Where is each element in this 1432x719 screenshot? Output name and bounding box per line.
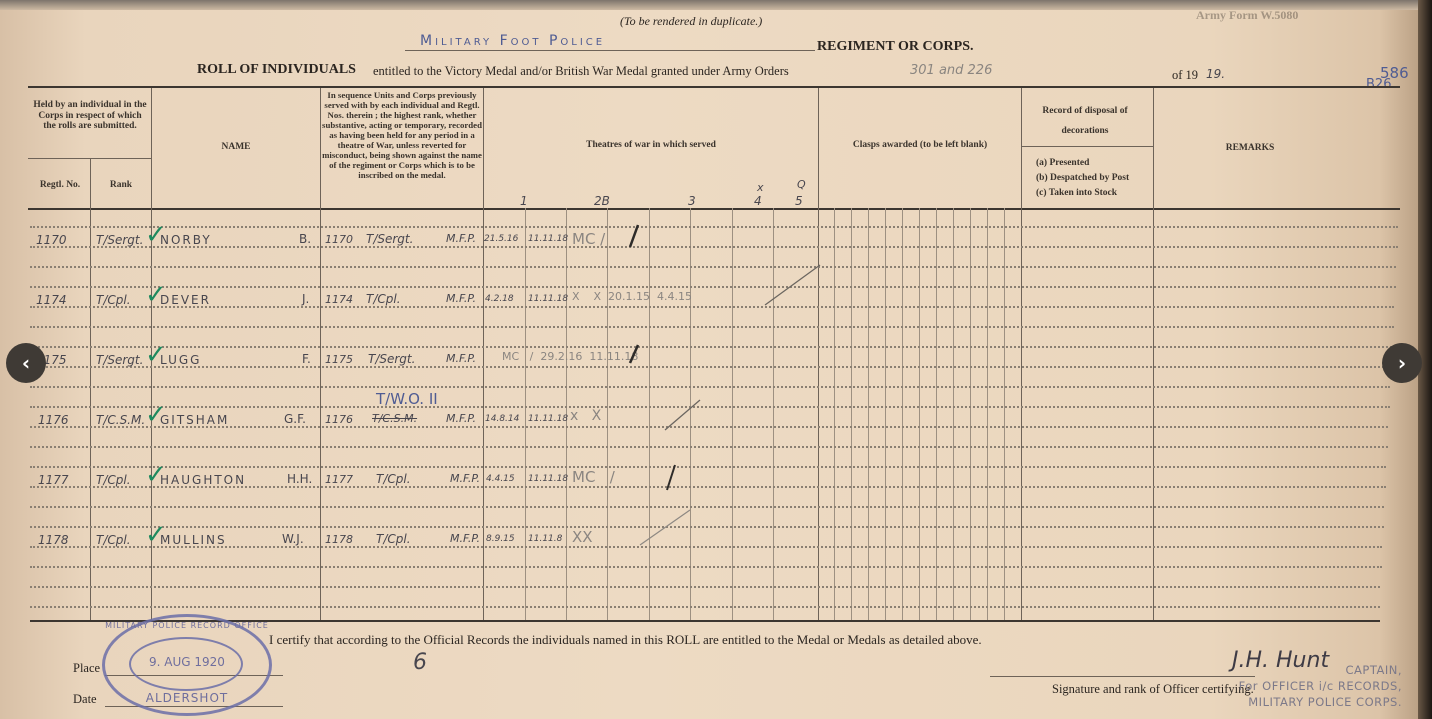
disposal-options: (a) Presented (b) Despatched by Post (c)… (1036, 156, 1129, 201)
form-ref: Army Form W.5080 (1196, 8, 1298, 23)
regtl-no: 1174 (36, 293, 67, 307)
initials: B. (299, 232, 311, 246)
unit: M.F.P. (446, 412, 476, 425)
roll-text: entitled to the Victory Medal and/or Bri… (373, 64, 789, 79)
theatre-col-5: 5 (795, 194, 803, 208)
col-divider (1153, 88, 1154, 620)
stamp-top-text: MILITARY POLICE RECORD OFFICE (105, 621, 269, 630)
stamp-date: 9. AUG 1920 (105, 655, 269, 669)
pencil-slashes (600, 215, 830, 555)
officer-stamp-line: MILITARY POLICE CORPS. (1230, 694, 1402, 710)
unit-rank: T/Sergt. (368, 352, 415, 366)
theatre-marks: x X (570, 408, 601, 424)
date-from: 21.5.16 (484, 234, 518, 244)
unit-regtl-no: 1176 (325, 413, 353, 426)
count-note: 6 (413, 650, 427, 675)
ruled-line (30, 586, 1380, 588)
unit-regtl-no: 1174 (325, 293, 353, 306)
theatre-marks: XX (572, 528, 593, 546)
unit-regtl-no: 1170 (325, 233, 353, 246)
officer-stamp-line: CAPTAIN, (1230, 662, 1402, 678)
clasp-divider (919, 208, 920, 620)
document-page: (To be rendered in duplicate.) Military … (0, 0, 1422, 719)
rank: T/Cpl. (96, 293, 131, 307)
col-divider (1021, 88, 1022, 620)
regtl-no: 1178 (38, 533, 69, 547)
unit-regtl-no: 1175 (325, 353, 353, 366)
regtl-no: 1177 (38, 473, 69, 487)
regtl-no: 1170 (36, 233, 67, 247)
clasp-divider (851, 208, 852, 620)
unit: M.F.P. (450, 472, 480, 485)
surname: DEVER (160, 293, 211, 307)
unit-rank: T/Sergt. (366, 232, 413, 246)
scan-top-edge (0, 0, 1432, 10)
roll-title: ROLL OF INDIVIDUALS (197, 62, 356, 78)
header-theatres: Theatres of war in which served (484, 140, 818, 151)
initials: J. (302, 292, 309, 306)
next-image-button[interactable]: › (1382, 343, 1422, 383)
header-remarks: REMARKS (1155, 143, 1345, 154)
year-label: of 19 (1172, 68, 1198, 83)
theatre-col-4: 4 (754, 194, 762, 208)
regiment-label: REGIMENT OR CORPS. (817, 39, 973, 55)
initials: G.F. (284, 412, 306, 426)
clasp-divider (953, 208, 954, 620)
clasp-divider (970, 208, 971, 620)
subheader-divider (1021, 146, 1153, 147)
record-office-stamp: MILITARY POLICE RECORD OFFICE 9. AUG 192… (102, 614, 272, 716)
unit-rank: T/Cpl. (376, 472, 411, 486)
unit-regtl-no: 1178 (325, 533, 353, 546)
stamp-bottom-text: ALDERSHOT (105, 691, 269, 705)
theatre-col-2b: 2B (594, 194, 610, 208)
rank: T/Sergt. (96, 233, 143, 247)
rank: T/Cpl. (96, 473, 131, 487)
date-to: 11.11.18 (528, 414, 568, 424)
rank: T/Sergt. (96, 353, 143, 367)
unit: M.F.P. (446, 352, 476, 365)
initials: F. (302, 352, 311, 366)
theatre-divider (525, 208, 526, 620)
regiment-name: Military Foot Police (420, 33, 605, 49)
header-bottom-border (28, 208, 1400, 210)
initials: H.H. (287, 472, 312, 486)
regiment-underline (405, 50, 815, 51)
header-name: NAME (152, 142, 320, 153)
date-to: 11.11.18 (528, 294, 568, 304)
date-from: 14.8.14 (485, 414, 519, 424)
officer-stamp-line: For OFFICER i/c RECORDS, (1230, 678, 1402, 694)
header-clasps: Clasps awarded (to be left blank) (820, 140, 1020, 151)
surname: HAUGHTON (160, 473, 246, 487)
signature-line (990, 676, 1255, 677)
regtl-no: 1176 (38, 413, 69, 427)
theatre-mark-5: Q (797, 178, 806, 191)
surname: MULLINS (160, 533, 227, 547)
date-label: Date (73, 692, 97, 707)
date-to: 11.11.18 (528, 474, 568, 484)
date-from: 8.9.15 (486, 534, 515, 544)
unit: M.F.P. (446, 292, 476, 305)
clasp-divider (1004, 208, 1005, 620)
disposal-option-stock: (c) Taken into Stock (1036, 186, 1129, 201)
clasp-divider (834, 208, 835, 620)
header-held-by: Held by an individual in the Corps in re… (32, 100, 148, 132)
unit-rank: T/C.S.M. (372, 412, 417, 425)
place-label: Place (73, 661, 100, 676)
date-to: 11.11.18 (528, 234, 568, 244)
unit-rank: T/Cpl. (376, 532, 411, 546)
date-from: 4.2.18 (485, 294, 514, 304)
subheader-divider (28, 158, 151, 159)
disposal-option-presented: (a) Presented (1036, 156, 1129, 171)
duplicate-note: (To be rendered in duplicate.) (620, 14, 762, 29)
col-divider (320, 88, 321, 620)
clasp-divider (902, 208, 903, 620)
unit-regtl-no: 1177 (325, 473, 353, 486)
unit: M.F.P. (450, 532, 480, 545)
year-value: 19. (1206, 67, 1225, 81)
disposal-option-post: (b) Despatched by Post (1036, 171, 1129, 186)
surname: GITSHAM (160, 413, 229, 427)
header-regtl-no: Regtl. No. (30, 180, 90, 191)
clasp-divider (885, 208, 886, 620)
unit-rank: T/Cpl. (366, 292, 401, 306)
unit-rank-correction: T/W.O. II (376, 390, 438, 408)
rank: T/C.S.M. (96, 413, 145, 427)
theatre-col-1: 1 (520, 194, 528, 208)
header-disposal: Record of disposal of decorations (1030, 101, 1140, 141)
ruled-line (30, 566, 1382, 568)
signature-label: Signature and rank of Officer certifying… (1052, 682, 1254, 697)
theatre-mark-4: x (757, 181, 764, 194)
clasp-divider (987, 208, 988, 620)
header-rank: Rank (91, 180, 151, 191)
theatre-col-3: 3 (688, 194, 696, 208)
surname: LUGG (160, 353, 201, 367)
chevron-left-icon: ‹ (22, 351, 30, 375)
header-units: In sequence Units and Corps previously s… (322, 90, 482, 180)
date-to: 11.11.8 (528, 534, 562, 544)
page-ref-bottom: B26 (1366, 77, 1391, 92)
clasp-divider (868, 208, 869, 620)
officer-rank-stamp: CAPTAIN, For OFFICER i/c RECORDS, MILITA… (1230, 662, 1402, 710)
surname: NORBY (160, 233, 212, 247)
ruled-line (30, 606, 1380, 608)
unit: M.F.P. (446, 232, 476, 245)
rank: T/Cpl. (96, 533, 131, 547)
army-orders: 301 and 226 (910, 63, 992, 78)
col-divider (483, 88, 484, 620)
table-top-border (28, 86, 1400, 88)
clasp-divider (936, 208, 937, 620)
previous-image-button[interactable]: ‹ (6, 343, 46, 383)
initials: W.J. (282, 532, 304, 546)
chevron-right-icon: › (1398, 351, 1406, 375)
date-from: 4.4.15 (486, 474, 515, 484)
certification-text: I certify that according to the Official… (269, 632, 982, 648)
